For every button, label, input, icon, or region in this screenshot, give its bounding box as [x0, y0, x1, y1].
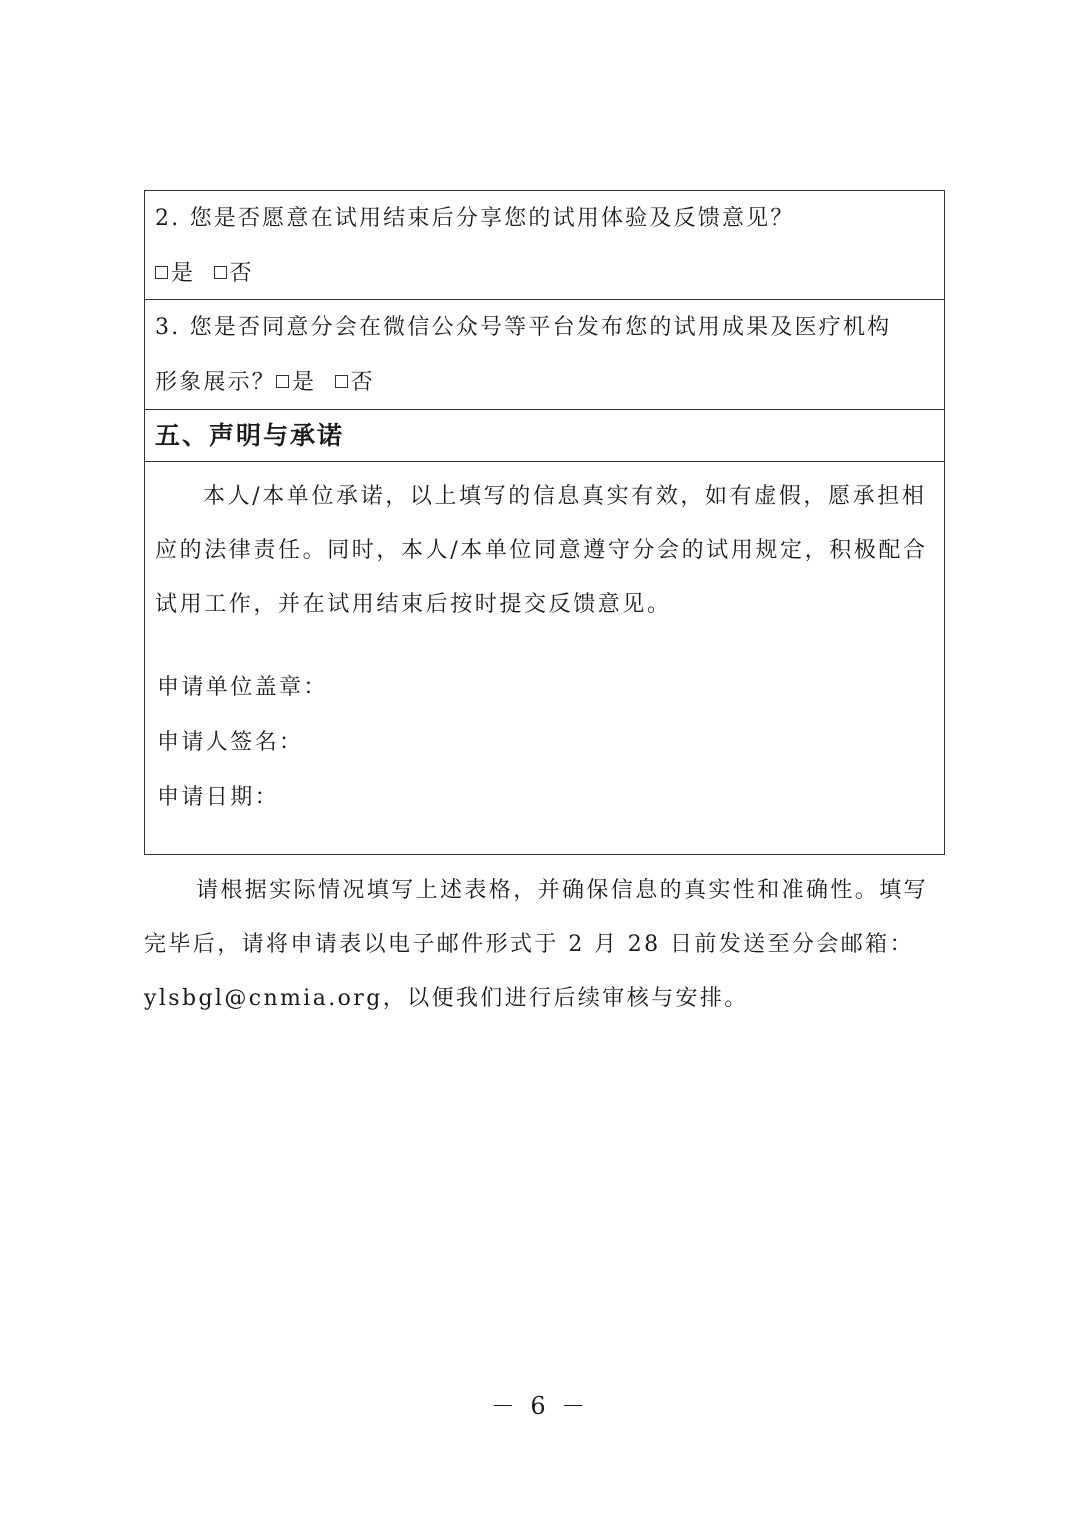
checkbox-yes[interactable] [276, 375, 289, 388]
unit-seal-field[interactable]: 申请单位盖章： [157, 660, 328, 715]
option-no-label: 否 [230, 261, 254, 286]
declaration-line-text: 本人/本单位承诺，以上填写的信息真实有效，如有虚假，愿承担相 [203, 484, 926, 509]
question-3-text-line2-label: 形象展示？ [155, 370, 276, 395]
application-date-field[interactable]: 申请日期： [157, 770, 328, 825]
checkbox-no[interactable] [335, 375, 348, 388]
option-yes-label: 是 [292, 370, 316, 395]
declaration-row: 本人/本单位承诺，以上填写的信息真实有效，如有虚假，愿承担相 应的法律责任。同时… [145, 462, 944, 854]
signature-block: 申请单位盖章： 申请人签名： 申请日期： [157, 660, 328, 825]
declaration-line: 试用工作，并在试用结束后按时提交反馈意见。 [155, 578, 934, 632]
question-3-text-line2: 形象展示？是 否 [155, 355, 934, 410]
declaration-text: 本人/本单位承诺，以上填写的信息真实有效，如有虚假，愿承担相 应的法律责任。同时… [155, 462, 934, 632]
note-line-text: 请根据实际情况填写上述表格，并确保信息的真实性和准确性。填写 [196, 878, 928, 903]
declaration-line: 本人/本单位承诺，以上填写的信息真实有效，如有虚假，愿承担相 [155, 470, 934, 524]
application-form-table: 2. 您是否愿意在试用结束后分享您的试用体验及反馈意见？ 是 否 3. 您是否同… [144, 190, 945, 855]
declaration-line: 应的法律责任。同时，本人/本单位同意遵守分会的试用规定，积极配合 [155, 524, 934, 578]
applicant-signature-field[interactable]: 申请人签名： [157, 715, 328, 770]
note-line: 请根据实际情况填写上述表格，并确保信息的真实性和准确性。填写 [144, 864, 946, 918]
checkbox-no[interactable] [214, 266, 227, 279]
question-3-text-line1: 3. 您是否同意分会在微信公众号等平台发布您的试用成果及医疗机构 [155, 300, 934, 355]
note-line: ylsbgl@cnmia.org，以便我们进行后续审核与安排。 [144, 972, 946, 1026]
section-5-header-row: 五、声明与承诺 [145, 406, 944, 462]
page-number: － 6 － [0, 1386, 1080, 1421]
submission-note: 请根据实际情况填写上述表格，并确保信息的真实性和准确性。填写 完毕后，请将申请表… [144, 864, 946, 1026]
note-line: 完毕后，请将申请表以电子邮件形式于 2 月 28 日前发送至分会邮箱： [144, 918, 946, 972]
option-yes-label: 是 [171, 261, 195, 286]
question-2-options: 是 否 [155, 246, 934, 301]
question-3-row: 3. 您是否同意分会在微信公众号等平台发布您的试用成果及医疗机构 形象展示？是 … [145, 300, 944, 410]
question-2-text: 2. 您是否愿意在试用结束后分享您的试用体验及反馈意见？ [155, 191, 934, 246]
section-title: 五、声明与承诺 [155, 406, 934, 466]
question-2-row: 2. 您是否愿意在试用结束后分享您的试用体验及反馈意见？ 是 否 [145, 191, 944, 300]
checkbox-yes[interactable] [155, 266, 168, 279]
option-no-label: 否 [351, 370, 375, 395]
